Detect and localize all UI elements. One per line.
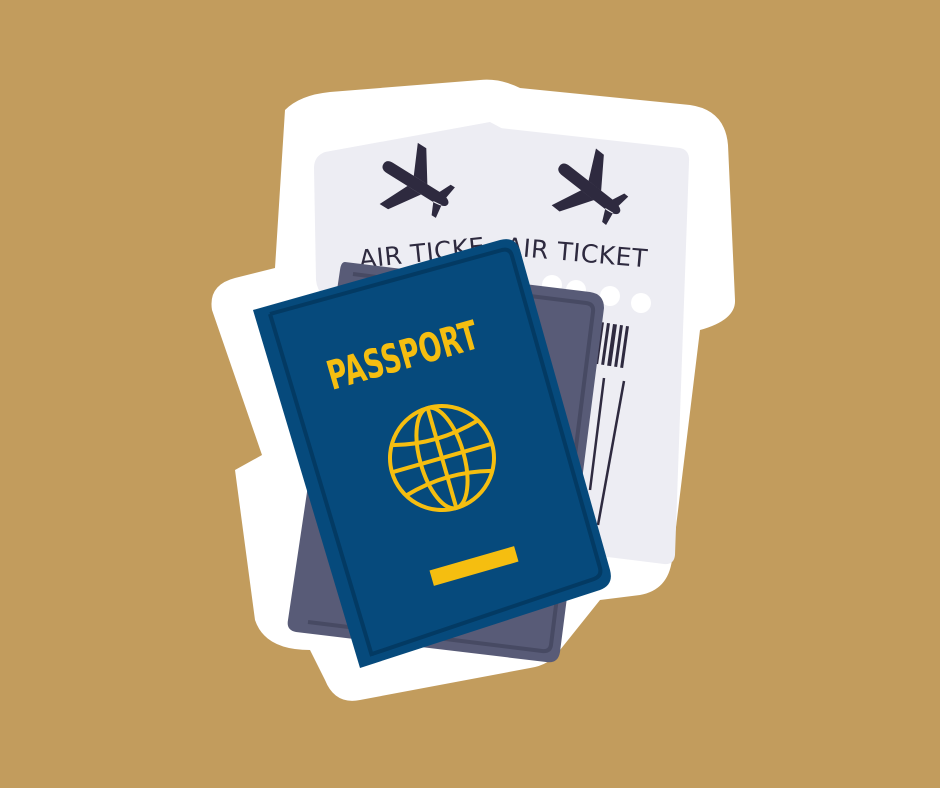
travel-sticker-illustration: AIR TICKET AIR TICKE PASSPORT	[0, 0, 940, 788]
